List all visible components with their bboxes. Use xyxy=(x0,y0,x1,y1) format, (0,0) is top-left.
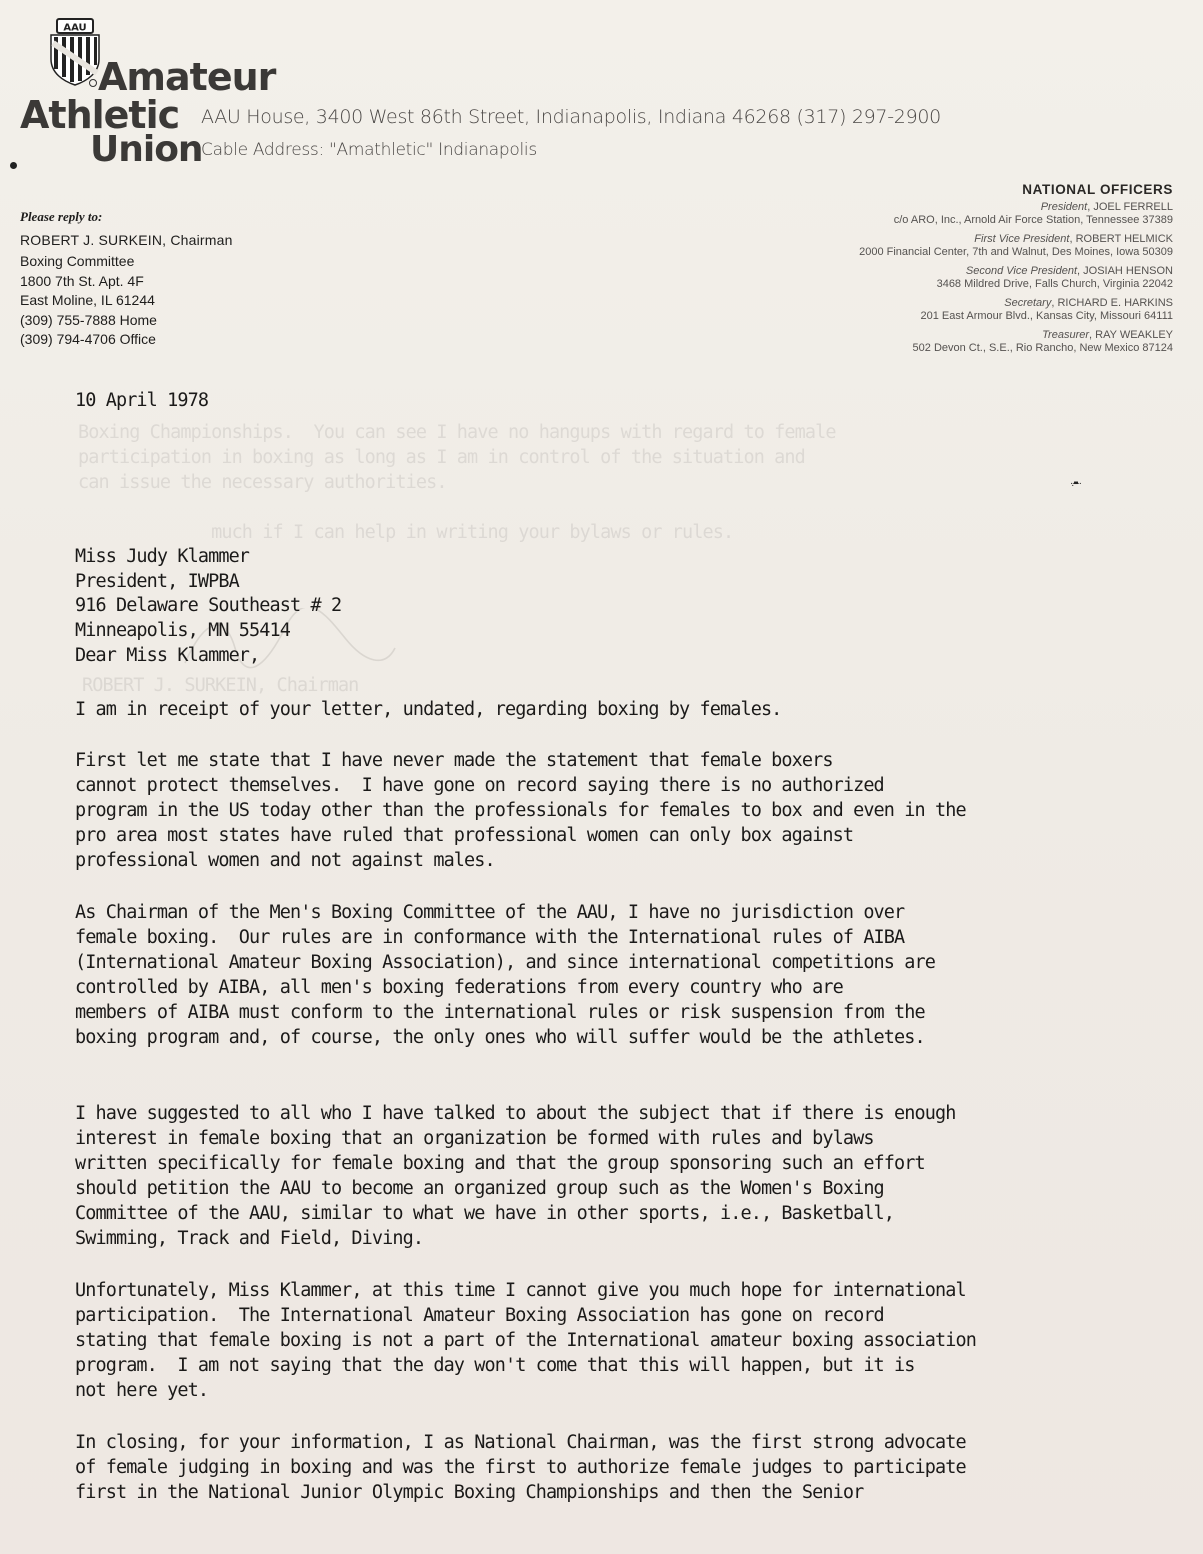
reply-to-line: (309) 755-7888 Home xyxy=(20,311,233,331)
officer-treasurer: Treasurer, RAY WEAKLEY 502 Devon Ct., S.… xyxy=(859,329,1173,356)
bleed-through-text: much if I can help in writing your bylaw… xyxy=(78,520,733,545)
bleed-through-signature-line: ROBERT J. SURKEIN, Chairman xyxy=(82,673,358,698)
officer-secretary: Secretary, RICHARD E. HARKINS 201 East A… xyxy=(859,297,1173,324)
salutation: Dear Miss Klammer, xyxy=(75,645,259,666)
recipient-name: Miss Judy Klammer xyxy=(75,545,341,570)
reply-to-name: ROBERT J. SURKEIN, Chairman xyxy=(20,231,233,251)
reply-to-label: Please reply to: xyxy=(20,207,233,227)
reply-to-line: Boxing Committee xyxy=(20,252,233,272)
paragraph-3: As Chairman of the Men's Boxing Committe… xyxy=(75,900,935,1050)
letter-page: Boxing Championships. You can see I have… xyxy=(0,0,1203,1554)
punch-mark xyxy=(10,162,17,169)
reply-to-line: 1800 7th St. Apt. 4F xyxy=(20,272,233,292)
officers-title: NATIONAL OFFICERS xyxy=(859,183,1173,197)
org-name-amateur: Amateur xyxy=(98,58,275,96)
recipient-address: Miss Judy Klammer President, IWPBA 916 D… xyxy=(75,545,341,643)
recipient-title: President, IWPBA xyxy=(75,570,341,595)
svg-text:AAU: AAU xyxy=(63,23,86,34)
national-officers: NATIONAL OFFICERS President, JOEL FERREL… xyxy=(859,183,1173,361)
paragraph-6: In closing, for your information, I as N… xyxy=(75,1430,966,1505)
org-address: AAU House, 3400 West 86th Street, Indian… xyxy=(201,106,941,128)
officer-second-vice-president: Second Vice President, JOSIAH HENSON 346… xyxy=(859,265,1173,292)
cable-address: Cable Address: "Amathletic" Indianapolis xyxy=(201,140,537,160)
reply-to-line: East Moline, IL 61244 xyxy=(20,291,233,311)
ink-specks: ·.·▪▪· · xyxy=(1070,478,1080,489)
org-name-union: Union xyxy=(90,132,203,168)
reply-to-block: Please reply to: ROBERT J. SURKEIN, Chai… xyxy=(20,207,233,350)
aau-shield-icon: AAU xyxy=(45,17,105,87)
paragraph-2: First let me state that I have never mad… xyxy=(75,748,966,873)
letter-date: 10 April 1978 xyxy=(75,390,208,411)
paragraph-5: Unfortunately, Miss Klammer, at this tim… xyxy=(75,1278,976,1403)
recipient-street: 916 Delaware Southeast # 2 xyxy=(75,594,341,619)
aau-logo: AAU Amateur Athletic Union xyxy=(20,0,290,160)
paragraph-1: I am in receipt of your letter, undated,… xyxy=(75,697,781,722)
officer-first-vice-president: First Vice President, ROBERT HELMICK 200… xyxy=(859,233,1173,260)
recipient-city: Minneapolis, MN 55414 xyxy=(75,619,341,644)
bleed-through-text: Boxing Championships. You can see I have… xyxy=(78,420,836,495)
reply-to-line: (309) 794-4706 Office xyxy=(20,330,233,350)
paragraph-4: I have suggested to all who I have talke… xyxy=(75,1101,955,1251)
officer-president: President, JOEL FERRELL c/o ARO, Inc., A… xyxy=(859,201,1173,228)
